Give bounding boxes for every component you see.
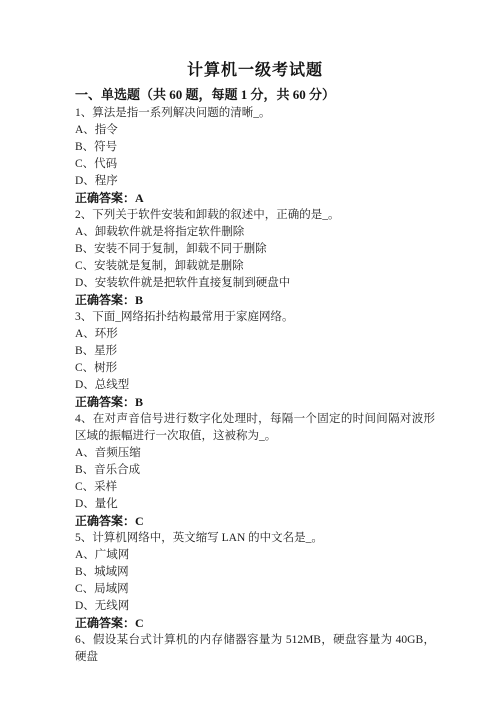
option-item: B、符号: [75, 139, 435, 156]
question-block-4: 4、在对声音信号进行数字化处理时，每隔一个固定的时间间隔对波形区域的振幅进行一次…: [75, 411, 435, 530]
option-item: B、音乐合成: [75, 462, 435, 479]
option-item: D、量化: [75, 496, 435, 513]
question-text: 2、下列关于软件安装和卸载的叙述中，正确的是_。: [75, 207, 435, 224]
option-item: B、星形: [75, 343, 435, 360]
question-block-6: 6、假设某台式计算机的内存储器容量为 512MB，硬盘容量为 40GB，硬盘: [75, 632, 435, 666]
question-text: 3、下面_网络拓扑结构最常用于家庭网络。: [75, 309, 435, 326]
question-block-3: 3、下面_网络拓扑结构最常用于家庭网络。 A、环形 B、星形 C、树形 D、总线…: [75, 309, 435, 411]
document-content: 计算机一级考试题 一、单选题（共 60 题，每题 1 分，共 60 分） 1、算…: [75, 60, 435, 666]
option-item: A、音频压缩: [75, 445, 435, 462]
section-heading: 一、单选题（共 60 题，每题 1 分，共 60 分）: [75, 86, 435, 104]
question-text: 1、算法是指一系列解决问题的清晰_。: [75, 105, 435, 122]
option-item: C、树形: [75, 360, 435, 377]
option-item: C、代码: [75, 156, 435, 173]
option-item: A、广域网: [75, 547, 435, 564]
question-block-1: 1、算法是指一系列解决问题的清晰_。 A、指令 B、符号 C、代码 D、程序 正…: [75, 105, 435, 207]
question-block-2: 2、下列关于软件安装和卸载的叙述中，正确的是_。 A、卸载软件就是将指定软件删除…: [75, 207, 435, 309]
exam-document-page: 计算机一级考试题 一、单选题（共 60 题，每题 1 分，共 60 分） 1、算…: [0, 0, 500, 707]
option-item: C、采样: [75, 479, 435, 496]
option-item: A、卸载软件就是将指定软件删除: [75, 224, 435, 241]
option-item: C、安装就是复制，卸载就是删除: [75, 258, 435, 275]
option-item: D、程序: [75, 173, 435, 190]
exam-title: 计算机一级考试题: [75, 60, 435, 82]
question-text: 4、在对声音信号进行数字化处理时，每隔一个固定的时间间隔对波形区域的振幅进行一次…: [75, 411, 435, 445]
answer-line: 正确答案：A: [75, 190, 435, 207]
question-block-5: 5、计算机网络中，英文缩写 LAN 的中文名是_。 A、广域网 B、城域网 C、…: [75, 530, 435, 632]
option-item: B、城域网: [75, 564, 435, 581]
option-item: C、局域网: [75, 581, 435, 598]
answer-line: 正确答案：B: [75, 394, 435, 411]
option-item: B、安装不同于复制，卸载不同于删除: [75, 241, 435, 258]
answer-line: 正确答案：C: [75, 513, 435, 530]
question-text: 6、假设某台式计算机的内存储器容量为 512MB，硬盘容量为 40GB，硬盘: [75, 632, 435, 666]
answer-line: 正确答案：B: [75, 292, 435, 309]
answer-line: 正确答案：C: [75, 615, 435, 632]
option-item: A、指令: [75, 122, 435, 139]
option-item: A、环形: [75, 326, 435, 343]
question-text: 5、计算机网络中，英文缩写 LAN 的中文名是_。: [75, 530, 435, 547]
option-item: D、安装软件就是把软件直接复制到硬盘中: [75, 275, 435, 292]
option-item: D、无线网: [75, 598, 435, 615]
option-item: D、总线型: [75, 377, 435, 394]
